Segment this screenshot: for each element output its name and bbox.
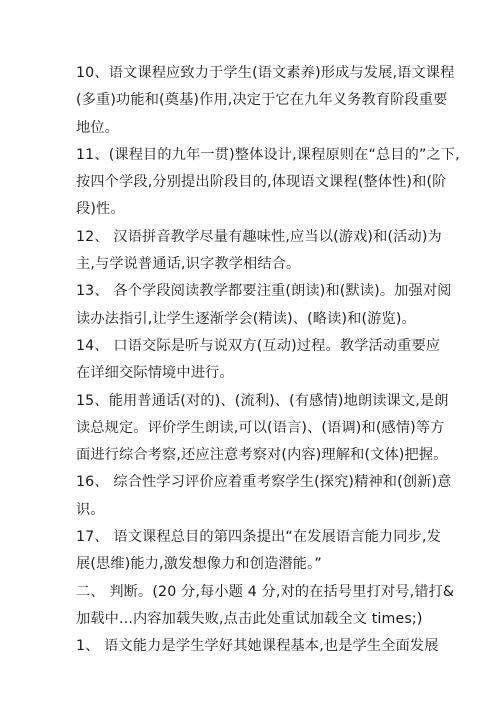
text-line: 段)性。 <box>76 196 436 223</box>
text-line: 按四个学段,分别提出阶段目的,体现语文课程(整体性)和(阶 <box>76 169 436 196</box>
text-line: 17、 语文课程总目的第四条提出“在发展语言能力同步,发 <box>76 524 436 551</box>
text-line: 主,与学说普通话,识字教学相结合。 <box>76 251 436 278</box>
text-line: 10、语文课程应致力于学生(语文素养)形成与发展,语文课程 <box>76 60 436 87</box>
text-line: 读总规定。评价学生朗读,可以(语言)、(语调)和(感情)等方 <box>76 415 436 442</box>
text-line: 地位。 <box>76 115 436 142</box>
text-line: 在详细交际情境中进行。 <box>76 360 436 387</box>
text-line: 展(思维)能力,激发想像力和创造潜能。” <box>76 551 436 578</box>
document-body: 10、语文课程应致力于学生(语文素养)形成与发展,语文课程 (多重)功能和(奠基… <box>76 60 436 661</box>
text-line: 面进行综合考察,还应注意考察对(内容)理解和(文体)把握。 <box>76 442 436 469</box>
text-line: 13、 各个学段阅读教学都要注重(朗读)和(默读)。加强对阅 <box>76 278 436 305</box>
text-line: 11、(课程目的九年一贯)整体设计,课程原则在“总目的”之下, <box>76 142 436 169</box>
text-line: 读办法指引,让学生逐渐学会(精读)、(略读)和(游览)。 <box>76 306 436 333</box>
text-line: 二、 判断。(20 分,每小题 4 分,对的在括号里打对号,错打& <box>76 579 436 606</box>
text-line: (多重)功能和(奠基)作用,决定于它在九年义务教育阶段重要 <box>76 87 436 114</box>
load-retry-link[interactable]: 加载中...内容加载失败,点击此处重试加载全文 times;) <box>76 606 436 633</box>
text-line: 12、 汉语拼音教学尽量有趣味性,应当以(游戏)和(活动)为 <box>76 224 436 251</box>
text-line: 1、 语文能力是学生学好其她课程基本,也是学生全面发展 <box>76 633 436 660</box>
text-line: 16、 综合性学习评价应着重考察学生(探究)精神和(创新)意 <box>76 469 436 496</box>
text-line: 识。 <box>76 497 436 524</box>
text-line: 15、能用普通话(对的)、(流利)、(有感情)地朗读课文,是朗 <box>76 388 436 415</box>
text-line: 14、 口语交际是听与说双方(互动)过程。教学活动重要应 <box>76 333 436 360</box>
